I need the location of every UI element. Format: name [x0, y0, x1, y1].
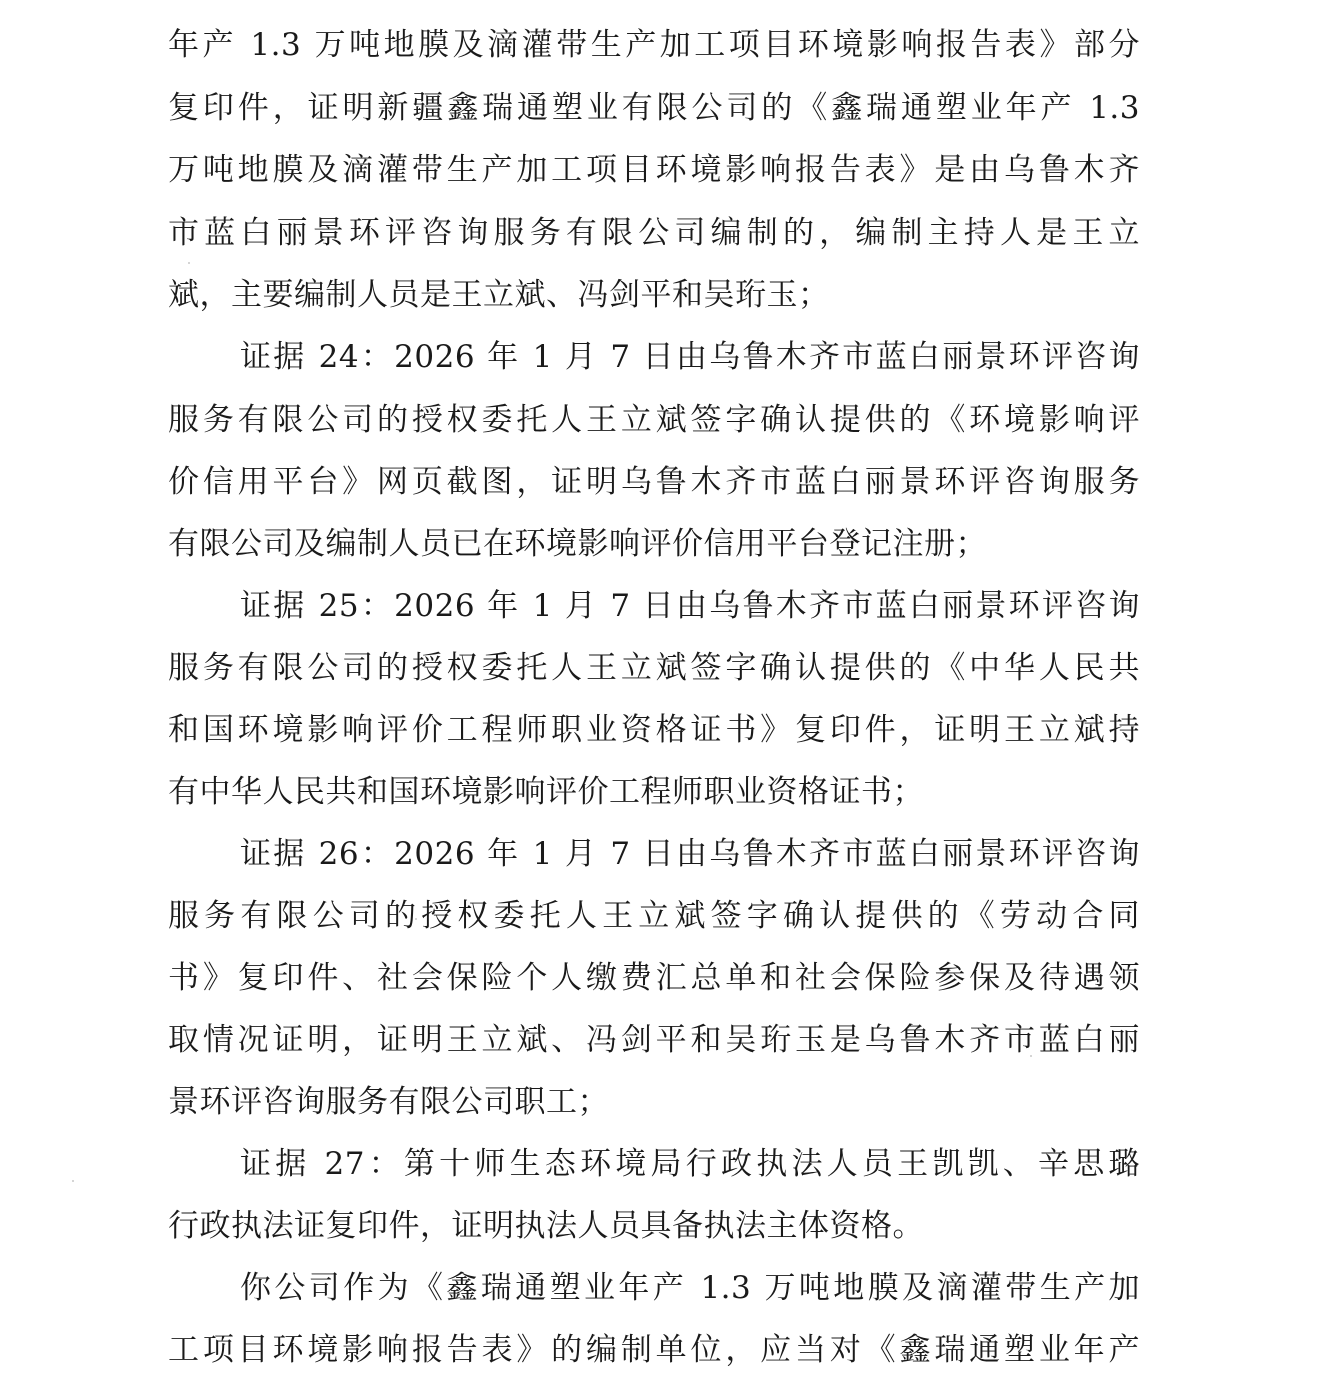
text-line: 有限公司及编制人员已在环境影响评价信用平台登记注册；	[168, 520, 1140, 568]
text-line: 行政执法证复印件，证明执法人员具备执法主体资格。	[168, 1202, 1140, 1250]
text-line: 你公司作为《鑫瑞通塑业年产 1.3 万吨地膜及滴灌带生产加	[240, 1264, 1140, 1312]
text-line: 和国环境影响评价工程师职业资格证书》复印件，证明王立斌持	[168, 706, 1140, 754]
text-line: 斌，主要编制人员是王立斌、冯剑平和吴珩玉；	[168, 271, 1140, 319]
text-line: 证据 26：2026 年 1 月 7 日由乌鲁木齐市蓝白丽景环评咨询	[240, 830, 1140, 878]
text-line: 服务有限公司的授权委托人王立斌签字确认提供的《劳动合同	[168, 892, 1140, 940]
text-line: 书》复印件、社会保险个人缴费汇总单和社会保险参保及待遇领	[168, 954, 1140, 1002]
text-line: 有中华人民共和国环境影响评价工程师职业资格证书；	[168, 768, 1140, 816]
scan-speck	[72, 1180, 74, 1182]
text-line: 证据 24：2026 年 1 月 7 日由乌鲁木齐市蓝白丽景环评咨询	[240, 333, 1140, 381]
text-line: 服务有限公司的授权委托人王立斌签字确认提供的《中华人民共	[168, 644, 1140, 692]
text-line: 年产 1.3 万吨地膜及滴灌带生产加工项目环境影响报告表》部分	[168, 21, 1140, 69]
document-page: 年产 1.3 万吨地膜及滴灌带生产加工项目环境影响报告表》部分 复印件，证明新疆…	[0, 0, 1317, 1400]
text-line: 万吨地膜及滴灌带生产加工项目环境影响报告表》是由乌鲁木齐	[168, 146, 1140, 194]
text-line: 价信用平台》网页截图，证明乌鲁木齐市蓝白丽景环评咨询服务	[168, 458, 1140, 506]
text-line: 景环评咨询服务有限公司职工；	[168, 1078, 1140, 1126]
text-line: 服务有限公司的授权委托人王立斌签字确认提供的《环境影响评	[168, 396, 1140, 444]
text-line: 证据 25：2026 年 1 月 7 日由乌鲁木齐市蓝白丽景环评咨询	[240, 582, 1140, 630]
scan-speck	[188, 262, 190, 264]
text-line: 证据 27：第十师生态环境局行政执法人员王凯凯、辛思璐	[240, 1140, 1140, 1188]
text-line: 取情况证明，证明王立斌、冯剑平和吴珩玉是乌鲁木齐市蓝白丽	[168, 1016, 1140, 1064]
text-line: 市蓝白丽景环评咨询服务有限公司编制的，编制主持人是王立	[168, 209, 1140, 257]
scan-speck	[415, 918, 417, 920]
scan-speck	[1030, 1055, 1032, 1057]
text-line: 复印件，证明新疆鑫瑞通塑业有限公司的《鑫瑞通塑业年产 1.3	[168, 84, 1140, 132]
text-line: 工项目环境影响报告表》的编制单位，应当对《鑫瑞通塑业年产	[168, 1326, 1140, 1374]
